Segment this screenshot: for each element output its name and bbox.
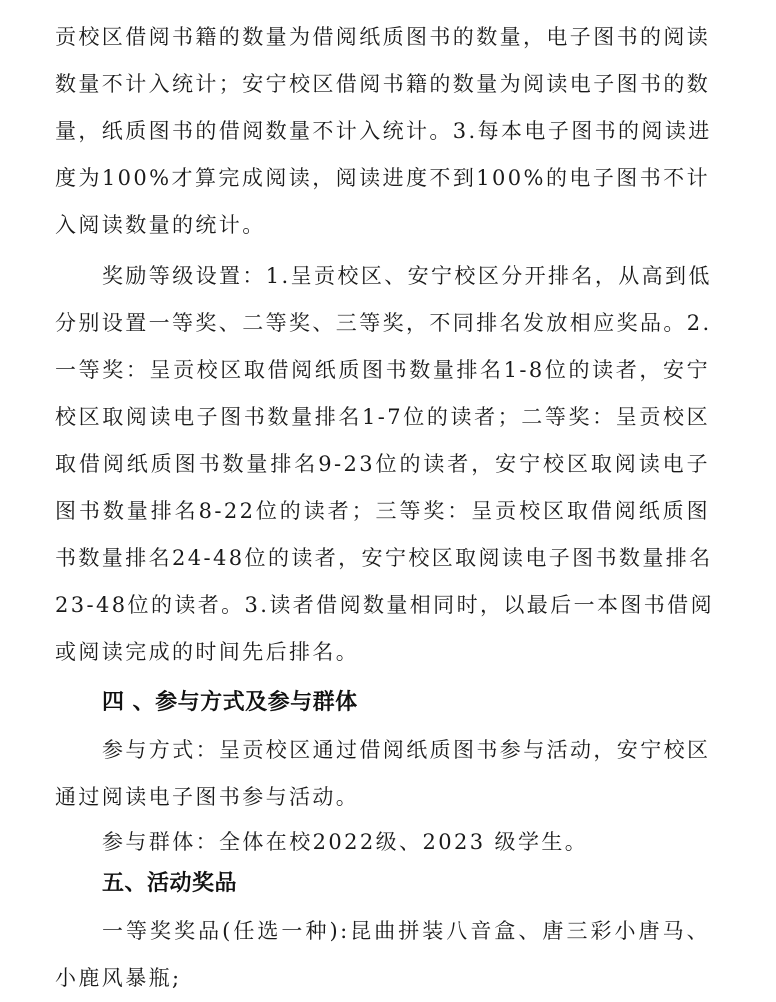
paragraph-line: 量，纸质图书的借阅数量不计入统计。3.每本电子图书的阅读进 — [55, 117, 710, 145]
paragraph-line: 数量不计入统计；安宁校区借阅书籍的数量为阅读电子图书的数 — [55, 70, 710, 98]
paragraph-line: 入阅读数量的统计。 — [55, 211, 710, 239]
paragraph-line: 度为100%才算完成阅读，阅读进度不到100%的电子图书不计 — [55, 164, 710, 192]
paragraph-line: 取借阅纸质图书数量排名9-23位的读者，安宁校区取阅读电子 — [55, 450, 710, 478]
paragraph-line: 参与方式：呈贡校区通过借阅纸质图书参与活动，安宁校区 — [102, 736, 710, 764]
paragraph-line: 一等奖奖品(任选一种):昆曲拼装八音盒、唐三彩小唐马、 — [102, 917, 710, 945]
paragraph-line: 通过阅读电子图书参与活动。 — [55, 783, 710, 811]
paragraph-line: 奖励等级设置：1.呈贡校区、安宁校区分开排名，从高到低 — [102, 262, 710, 290]
section-heading-participation: 四 、参与方式及参与群体 — [102, 689, 358, 717]
paragraph-line: 书数量排名24-48位的读者，安宁校区取阅读电子图书数量排名 — [55, 544, 710, 572]
paragraph-line: 校区取阅读电子图书数量排名1-7位的读者；二等奖：呈贡校区 — [55, 403, 710, 431]
section-heading-prizes: 五、活动奖品 — [102, 870, 237, 898]
paragraph-line: 图书数量排名8-22位的读者；三等奖：呈贡校区取借阅纸质图 — [55, 497, 710, 525]
paragraph-line: 一等奖：呈贡校区取借阅纸质图书数量排名1-8位的读者，安宁 — [55, 356, 710, 384]
paragraph-line: 或阅读完成的时间先后排名。 — [55, 638, 710, 666]
paragraph-line: 小鹿风暴瓶; — [55, 964, 710, 992]
paragraph-line: 贡校区借阅书籍的数量为借阅纸质图书的数量，电子图书的阅读 — [55, 23, 710, 51]
paragraph-line: 参与群体：全体在校2022级、2023 级学生。 — [102, 828, 710, 856]
paragraph-line: 23-48位的读者。3.读者借阅数量相同时，以最后一本图书借阅 — [55, 591, 710, 619]
document-page: 贡校区借阅书籍的数量为借阅纸质图书的数量，电子图书的阅读 数量不计入统计；安宁校… — [0, 0, 776, 1002]
paragraph-line: 分别设置一等奖、二等奖、三等奖，不同排名发放相应奖品。2. — [55, 309, 710, 337]
